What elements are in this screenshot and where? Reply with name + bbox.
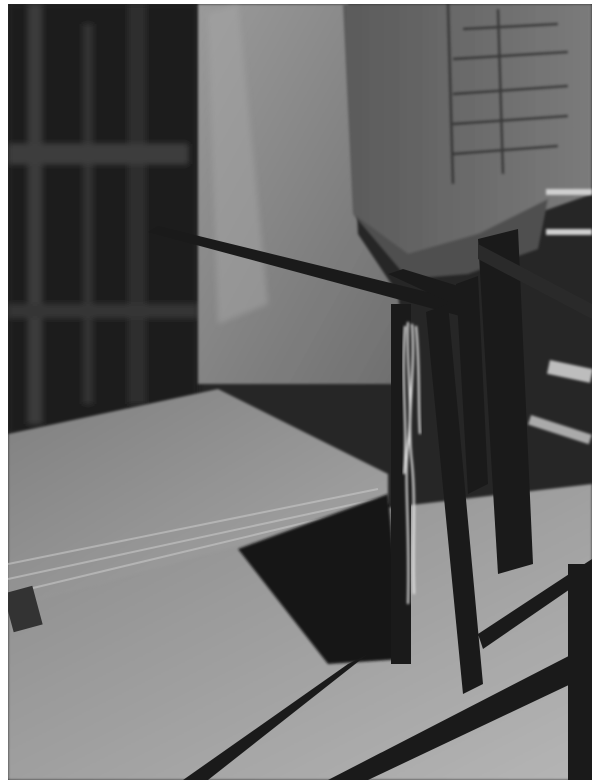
background-machinery <box>8 4 198 434</box>
loom-photo <box>8 4 592 780</box>
photo-frame <box>8 4 592 780</box>
